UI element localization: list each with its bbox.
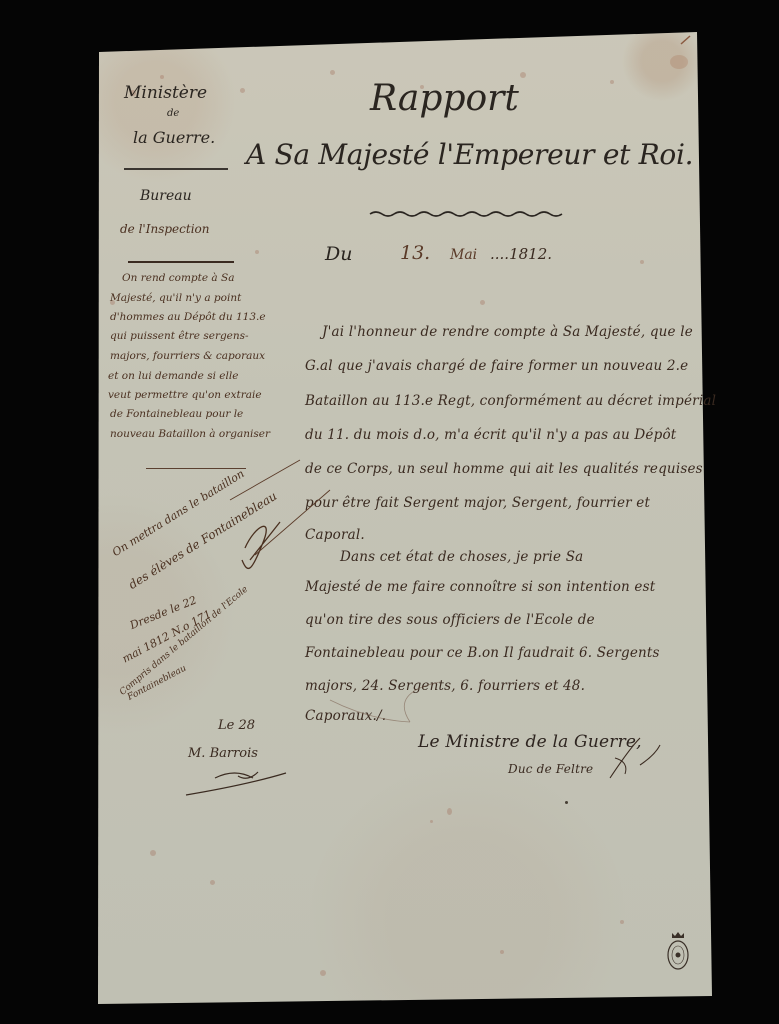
ministry-label-de: de bbox=[167, 108, 179, 119]
body-line: Caporal. bbox=[305, 527, 365, 543]
body-line: Dans cet état de choses, je prie Sa bbox=[340, 549, 583, 565]
ministry-label: Ministère bbox=[124, 83, 207, 103]
margin-header-rule bbox=[124, 168, 228, 170]
report-title: Rapport bbox=[370, 78, 519, 119]
date-year: ....1812. bbox=[490, 245, 552, 263]
body-line: majors, 24. Sergents, 6. fourriers et 48… bbox=[305, 678, 585, 694]
body-line: J'ai l'honneur de rendre compte à Sa Maj… bbox=[322, 324, 693, 340]
date-day: 13. bbox=[400, 242, 430, 264]
margin-summary-line: veut permettre qu'on extraie bbox=[108, 389, 262, 401]
body-line: de ce Corps, un seul homme qui ait les q… bbox=[305, 461, 703, 477]
body-line: qu'on tire des sous officiers de l'Ecole… bbox=[305, 612, 595, 628]
ministry-label-guerre: la Guerre. bbox=[133, 128, 215, 147]
signature-title: Le Ministre de la Guerre, bbox=[418, 732, 642, 752]
margin-summary-line: nouveau Bataillon à organiser bbox=[110, 428, 270, 440]
margin-summary-rule bbox=[146, 468, 246, 469]
margin-summary-line: qui puissent être sergens- bbox=[110, 330, 249, 342]
body-line: Caporaux./. bbox=[305, 708, 386, 724]
body-line: Bataillon au 113.e Regt, conformément au… bbox=[305, 393, 716, 409]
margin-summary-line: Majesté, qu'il n'y a point bbox=[110, 292, 241, 304]
margin-note-name: M. Barrois bbox=[188, 746, 258, 761]
date-prefix: Du bbox=[325, 243, 352, 265]
report-subtitle: A Sa Majesté l'Empereur et Roi. bbox=[246, 138, 693, 171]
date-month: Mai bbox=[450, 247, 477, 263]
body-line: Majesté de me faire connoître si son int… bbox=[305, 579, 655, 595]
margin-summary-line: On rend compte à Sa bbox=[122, 272, 234, 284]
margin-summary-line: de Fontainebleau pour le bbox=[110, 408, 243, 420]
bureau-rule bbox=[128, 261, 234, 263]
margin-summary-line: d'hommes au Dépôt du 113.e bbox=[110, 311, 266, 323]
signature-name: Duc de Feltre bbox=[508, 762, 593, 776]
bureau-inspection-label: de l'Inspection bbox=[120, 222, 209, 236]
body-line: du 11. du mois d.o, m'a écrit qu'il n'y … bbox=[305, 427, 676, 443]
margin-summary-line: et on lui demande si elle bbox=[108, 370, 238, 382]
body-line: G.al que j'avais chargé de faire former … bbox=[305, 358, 688, 374]
body-line: pour être fait Sergent major, Sergent, f… bbox=[305, 495, 650, 511]
margin-note-date: Le 28 bbox=[218, 718, 255, 733]
bureau-label: Bureau bbox=[140, 188, 192, 204]
body-line: Fontainebleau pour ce B.on Il faudrait 6… bbox=[305, 645, 660, 661]
margin-summary-line: majors, fourriers & caporaux bbox=[110, 350, 265, 362]
document-page: Ministère de la Guerre. Bureau de l'Insp… bbox=[0, 0, 779, 1024]
